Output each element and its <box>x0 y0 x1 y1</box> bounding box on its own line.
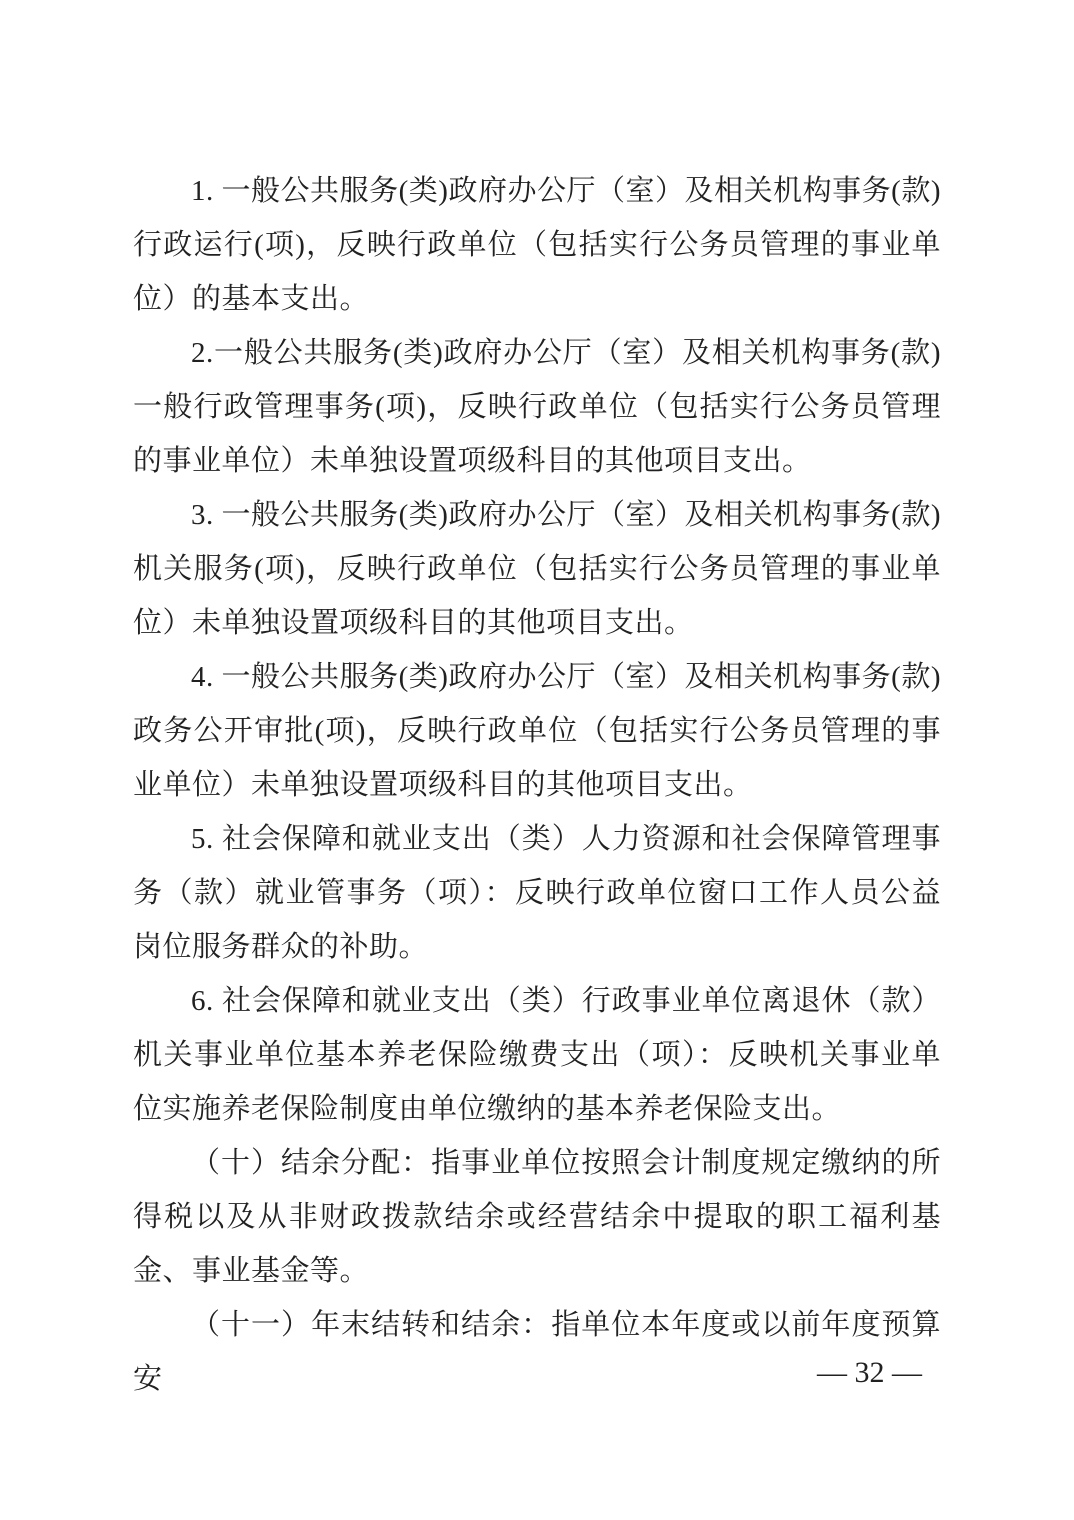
paragraph-item-4: 4. 一般公共服务(类)政府办公厅（室）及相关机构事务(款)政务公开审批(项)，… <box>133 650 941 812</box>
page-number: — 32 — <box>817 1352 922 1394</box>
paragraph-item-3: 3. 一般公共服务(类)政府办公厅（室）及相关机构事务(款)机关服务(项)，反映… <box>133 488 941 650</box>
paragraph-item-10: （十）结余分配：指事业单位按照会计制度规定缴纳的所得税以及从非财政拨款结余或经营… <box>133 1136 941 1298</box>
document-body: 1. 一般公共服务(类)政府办公厅（室）及相关机构事务(款)行政运行(项)，反映… <box>133 164 941 1406</box>
document-page: 1. 一般公共服务(类)政府办公厅（室）及相关机构事务(款)行政运行(项)，反映… <box>0 0 1074 1520</box>
paragraph-item-1: 1. 一般公共服务(类)政府办公厅（室）及相关机构事务(款)行政运行(项)，反映… <box>133 164 941 326</box>
paragraph-item-6: 6. 社会保障和就业支出（类）行政事业单位离退休（款）机关事业单位基本养老保险缴… <box>133 974 941 1136</box>
paragraph-item-2: 2.一般公共服务(类)政府办公厅（室）及相关机构事务(款)一般行政管理事务(项)… <box>133 326 941 488</box>
paragraph-item-5: 5. 社会保障和就业支出（类）人力资源和社会保障管理事务（款）就业管事务（项）：… <box>133 812 941 974</box>
